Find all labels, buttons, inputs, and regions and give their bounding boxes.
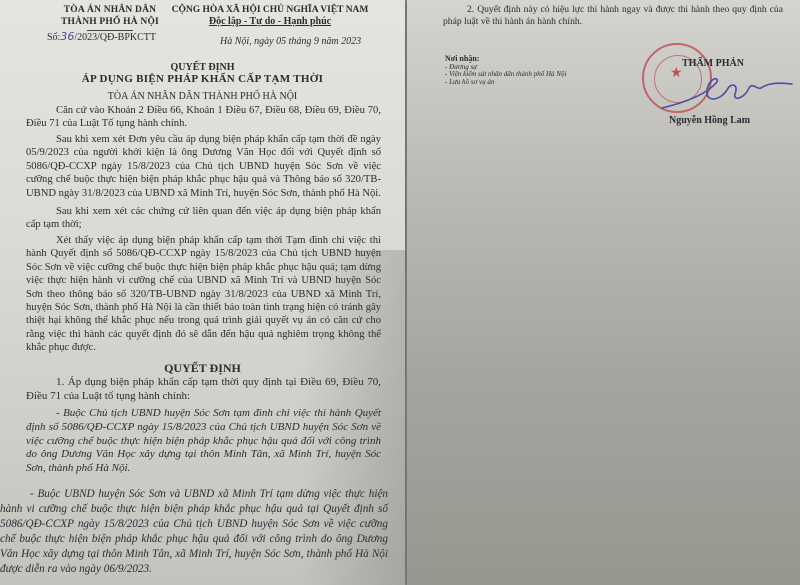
decision-page-1: TÒA ÁN NHÂN DÂN THÀNH PHỐ HÀ NỘI Số:36/2… [0,0,405,585]
issuer-line-1: TÒA ÁN NHÂN DÂN [40,4,180,16]
place-date: Hà Nội, ngày 05 tháng 9 năm 2023 [220,36,361,47]
decision-bullet-2: - Buộc UBND huyện Sóc Sơn và UBND xã Min… [0,487,388,577]
doc-subtitle: ÁP DỤNG BIỆN PHÁP KHẨN CẤP TẠM THỜI [0,73,405,85]
doc-number-prefix: Số: [47,32,60,43]
recipient-item: - Lưu hồ sơ vụ án [445,79,566,87]
decision-bullet-1: - Buộc Chủ tịch UBND huyện Sóc Sơn tạm đ… [26,407,381,476]
reasoning-paragraph: Xét thấy việc áp dụng biện pháp khẩn cấp… [26,234,381,355]
decision-page-2: 2. Quyết định này có hiệu lực thi hành n… [407,0,800,585]
legal-basis-paragraph: Căn cứ vào Khoản 2 Điều 66, Khoản 1 Điều… [26,104,381,131]
court-name: TÒA ÁN NHÂN DÂN THÀNH PHỐ HÀ NỘI [0,91,405,102]
national-motto: Độc lập - Tự do - Hạnh phúc [170,16,370,28]
decision-heading: QUYẾT ĐỊNH [0,361,405,376]
evidence-paragraph: Sau khi xem xét các chứng cứ liên quan đ… [26,205,381,232]
issuer-line-2: THÀNH PHỐ HÀ NỘI [40,16,180,28]
judge-title: THẨM PHÁN [682,58,744,69]
doc-title: QUYẾT ĐỊNH [0,62,405,73]
document-number: Số:36/2023/QĐ-BPKCTT [47,30,156,43]
country-name: CỘNG HÒA XÃ HỘI CHỦ NGHĨA VIỆT NAM [170,4,370,16]
recipients-block: Nơi nhận: - Đương sự - Viện kiểm sát nhâ… [445,55,566,86]
doc-number-suffix: /2023/QĐ-BPKCTT [74,32,156,43]
decision-item-2: 2. Quyết định này có hiệu lực thi hành n… [443,4,783,27]
national-header: CỘNG HÒA XÃ HỘI CHỦ NGHĨA VIỆT NAM Độc l… [170,4,370,28]
issuing-court: TÒA ÁN NHÂN DÂN THÀNH PHỐ HÀ NỘI [40,4,180,31]
doc-number-handwritten: 36 [60,30,74,43]
judge-name: Nguyễn Hồng Lam [669,115,750,126]
recipients-label: Nơi nhận: [445,55,566,63]
decision-item-1: 1. Áp dụng biện pháp khẩn cấp tạm thời q… [26,376,381,403]
request-paragraph: Sau khi xem xét Đơn yêu cầu áp dụng biện… [26,133,381,200]
signature-icon [657,72,797,112]
